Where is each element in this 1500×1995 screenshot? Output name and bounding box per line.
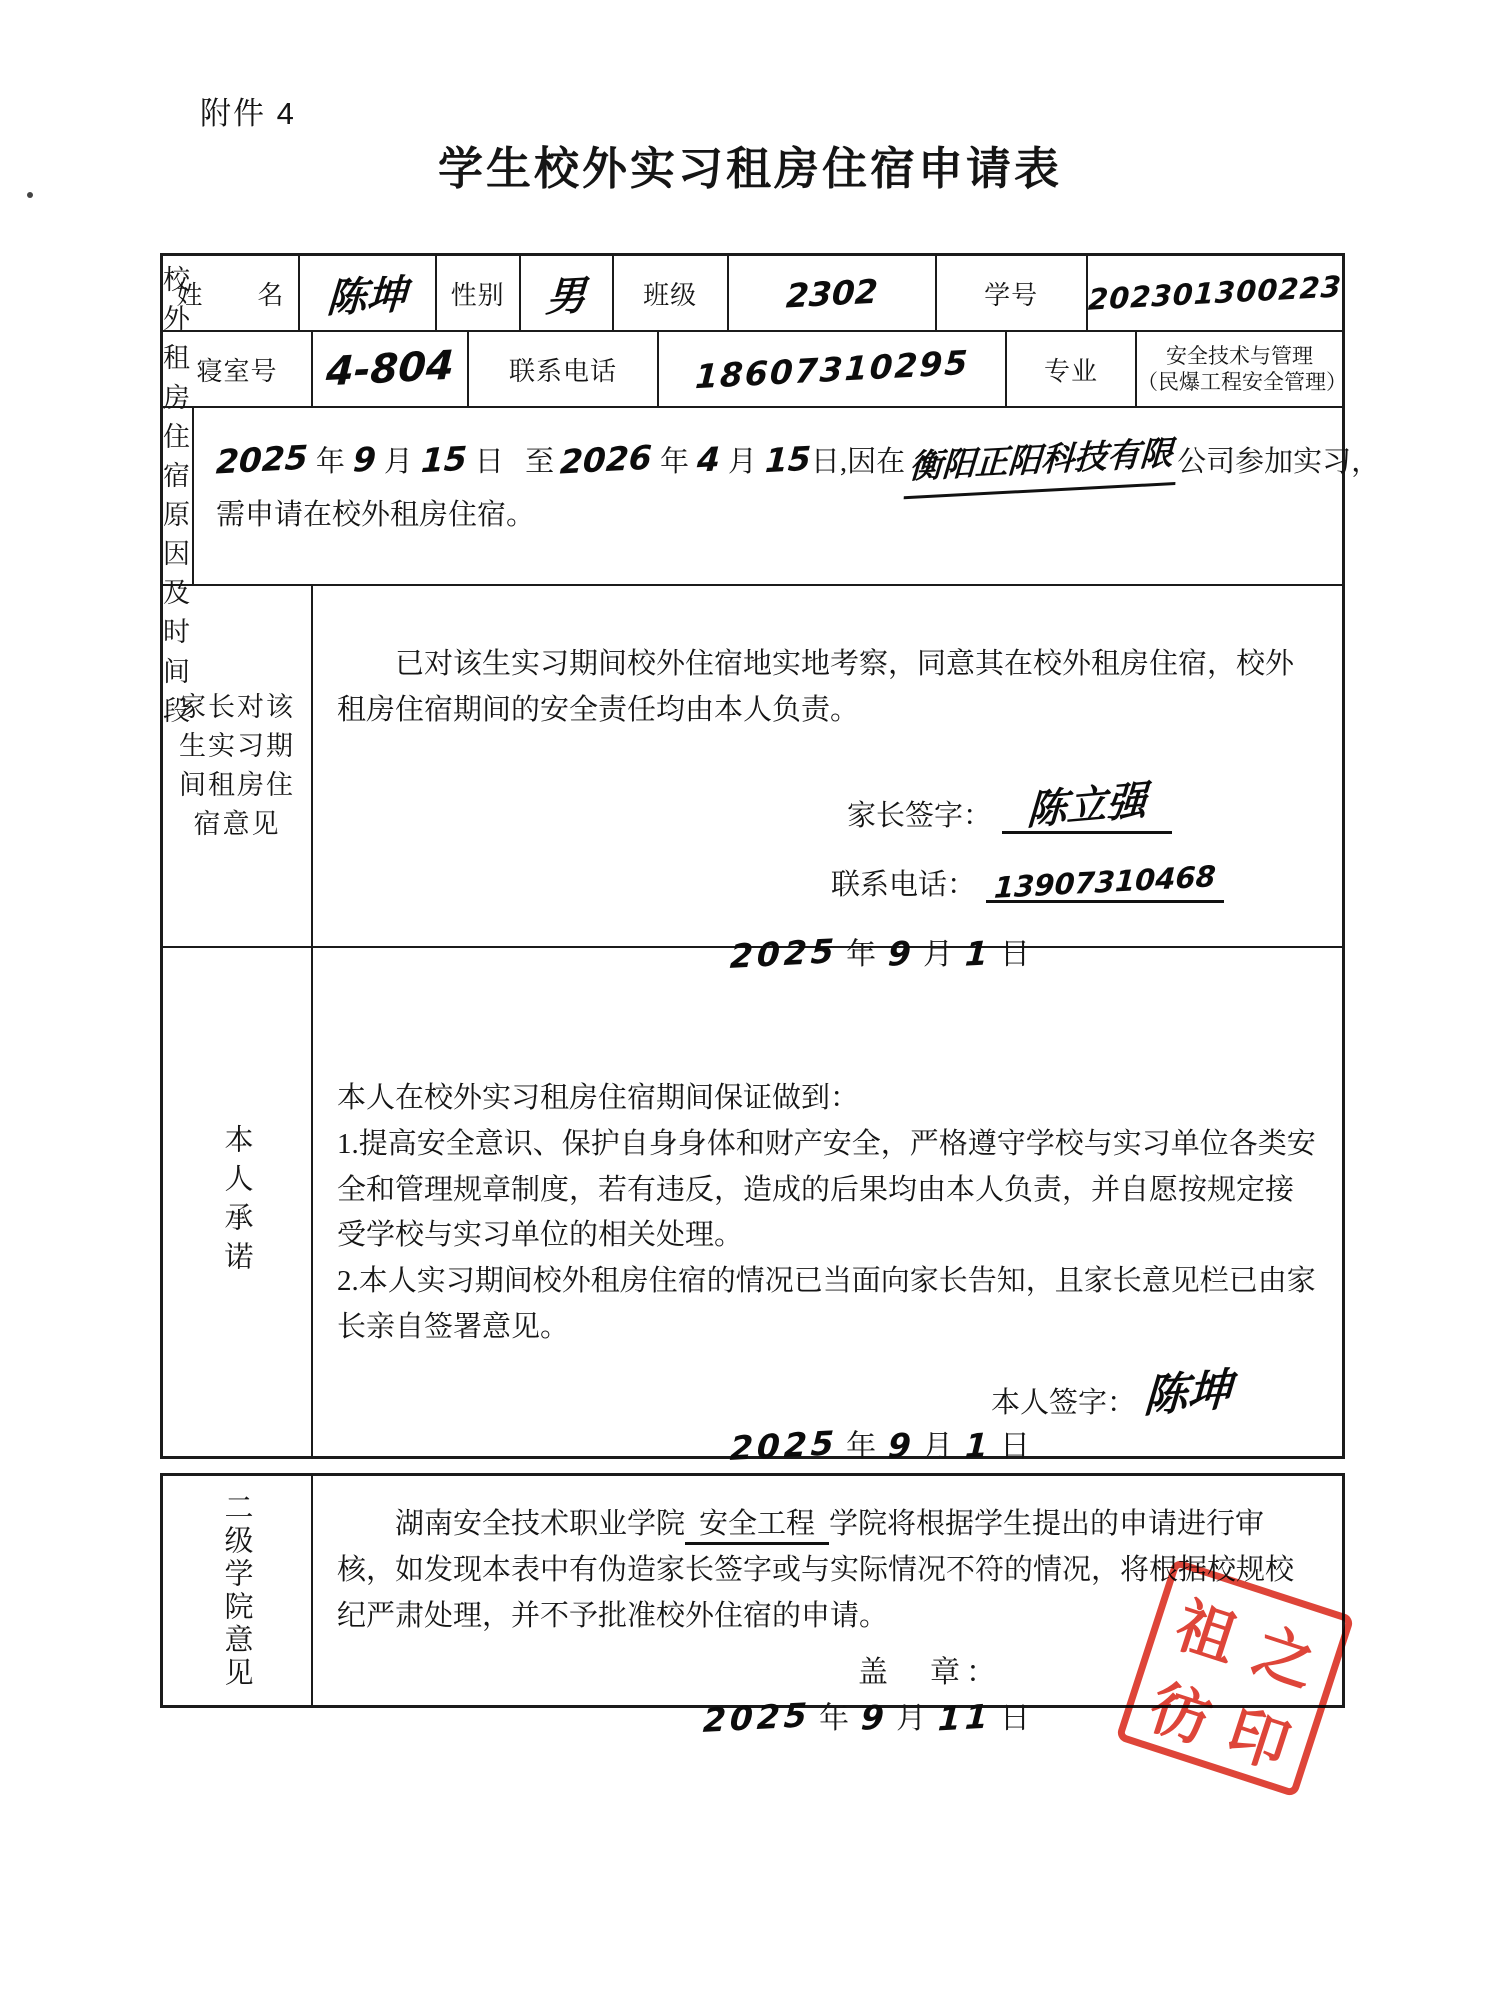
stamp-label: 盖 章： bbox=[858, 1647, 1002, 1691]
parent-signature-label: 家长签字： bbox=[847, 793, 992, 834]
college-opinion-label: 二级学院意见 bbox=[163, 1476, 313, 1705]
parent-signature-value: 陈立强 bbox=[1002, 774, 1172, 834]
table-row-parent-opinion: 家长对该 生实习期 间租房住 宿意见 已对该生实习期间校外住宿地实地考察，同意其… bbox=[163, 586, 1342, 948]
reason-line2: 需申请在校外租房住宿。 bbox=[216, 492, 1380, 538]
seal-character: 彷 bbox=[1140, 1660, 1224, 1760]
parent-phone-row: 联系电话： 13907310468 bbox=[313, 862, 1224, 903]
pledge-item-1: 1.提高安全意识、保护自身身体和财产安全，严格遵守学校与实习单位各类安全和管理规… bbox=[313, 1122, 1342, 1259]
self-signature-value: 陈坤 bbox=[1142, 1353, 1233, 1425]
self-date-row: 2025年9月1日 bbox=[313, 1421, 1042, 1465]
phone-value: 18607310295 bbox=[659, 332, 1007, 406]
department-name: 安全工程 bbox=[685, 1508, 829, 1545]
table-row-identity: 姓 名 陈坤 性别 男 班级 2302 学号 202301300223 bbox=[163, 256, 1342, 332]
college-date-row: 2025年9月11日 bbox=[313, 1693, 1042, 1737]
reason-content: 2025年9月15日 至2026年4月15日,因在衡阳正阳科技有限公司参加实习，… bbox=[194, 408, 1404, 584]
attachment-label: 附件 4 bbox=[200, 88, 296, 133]
table-row-reason: 校外租房 住宿原因 及时间段 2025年9月15日 至2026年4月15日,因在… bbox=[163, 408, 1342, 586]
stamp-label-row: 盖 章： bbox=[313, 1647, 1002, 1691]
gender-value: 男 bbox=[521, 256, 614, 330]
form-title: 学生校外实习租房住宿申请表 bbox=[0, 132, 1500, 197]
dorm-value: 4-804 bbox=[313, 332, 469, 406]
class-value: 2302 bbox=[729, 256, 937, 330]
seal-character: 印 bbox=[1218, 1685, 1302, 1785]
main-form-table: 姓 名 陈坤 性别 男 班级 2302 学号 202301300223 寝室号 … bbox=[160, 253, 1345, 1459]
pledge-item-2: 2.本人实习期间校外租房住宿的情况已当面向家长告知，且家长意见栏已由家长亲自签署… bbox=[313, 1259, 1342, 1351]
self-signature-row: 本人签字： 陈坤 bbox=[313, 1357, 1232, 1421]
student-id-value: 202301300223 bbox=[1088, 256, 1342, 330]
self-signature-label: 本人签字： bbox=[991, 1380, 1136, 1421]
application-form-page: 附件 4 学生校外实习租房住宿申请表 姓 名 陈坤 性别 男 班级 2302 学… bbox=[0, 0, 1500, 1995]
major-label: 专业 bbox=[1007, 332, 1137, 406]
parent-opinion-content: 已对该生实习期间校外住宿地实地考察，同意其在校外租房住宿，校外租房住宿期间的安全… bbox=[313, 586, 1342, 946]
parent-phone-label: 联系电话： bbox=[831, 862, 976, 903]
parent-signature-row: 家长签字： 陈立强 bbox=[313, 774, 1172, 834]
table-row-pledge: 本人承诺 本人在校外实习租房住宿期间保证做到： 1.提高安全意识、保护自身身体和… bbox=[163, 948, 1342, 1456]
reason-label: 校外租房 住宿原因 及时间段 bbox=[163, 408, 194, 584]
student-id-label: 学号 bbox=[937, 256, 1088, 330]
table-row-contact: 寝室号 4-804 联系电话 18607310295 专业 安全技术与管理 （民… bbox=[163, 332, 1342, 408]
major-value-line2: （民爆工程安全管理） bbox=[1137, 369, 1342, 395]
reason-period-line: 2025年9月15日 至2026年4月15日,因在衡阳正阳科技有限公司参加实习， bbox=[216, 434, 1380, 492]
phone-label: 联系电话 bbox=[469, 332, 659, 406]
parent-opinion-label: 家长对该 生实习期 间租房住 宿意见 bbox=[163, 586, 313, 946]
parent-statement: 已对该生实习期间校外住宿地实地考察，同意其在校外租房住宿，校外租房住宿期间的安全… bbox=[313, 642, 1342, 734]
pledge-intro: 本人在校外实习租房住宿期间保证做到： bbox=[313, 1076, 1342, 1122]
class-label: 班级 bbox=[614, 256, 729, 330]
major-value-line1: 安全技术与管理 bbox=[1166, 343, 1313, 369]
parent-phone-value: 13907310468 bbox=[986, 865, 1224, 903]
pledge-content: 本人在校外实习租房住宿期间保证做到： 1.提高安全意识、保护自身身体和财产安全，… bbox=[313, 948, 1342, 1456]
major-value: 安全技术与管理 （民爆工程安全管理） bbox=[1137, 332, 1342, 406]
name-value: 陈坤 bbox=[300, 256, 437, 330]
company-name-handwritten: 衡阳正阳科技有限 bbox=[904, 427, 1179, 499]
pledge-label: 本人承诺 bbox=[163, 948, 313, 1456]
gender-label: 性别 bbox=[437, 256, 521, 330]
